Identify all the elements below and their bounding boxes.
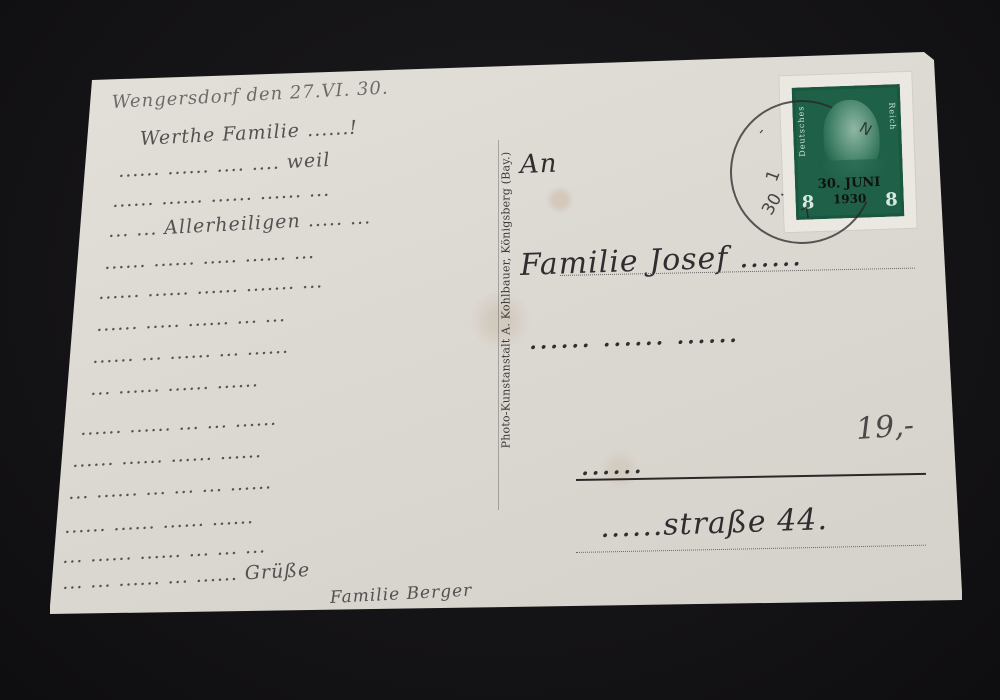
publisher-imprint: Photo-Kunstanstalt A. Kohlbauer, Königsb…	[500, 152, 513, 449]
stamp-value-right: 8	[885, 189, 898, 210]
price-note: 19,-	[855, 408, 915, 447]
stamp-country-right: Reich	[887, 102, 897, 130]
address-line-2: ...... ...... ......	[527, 315, 739, 357]
address-salutation: An	[519, 149, 558, 180]
